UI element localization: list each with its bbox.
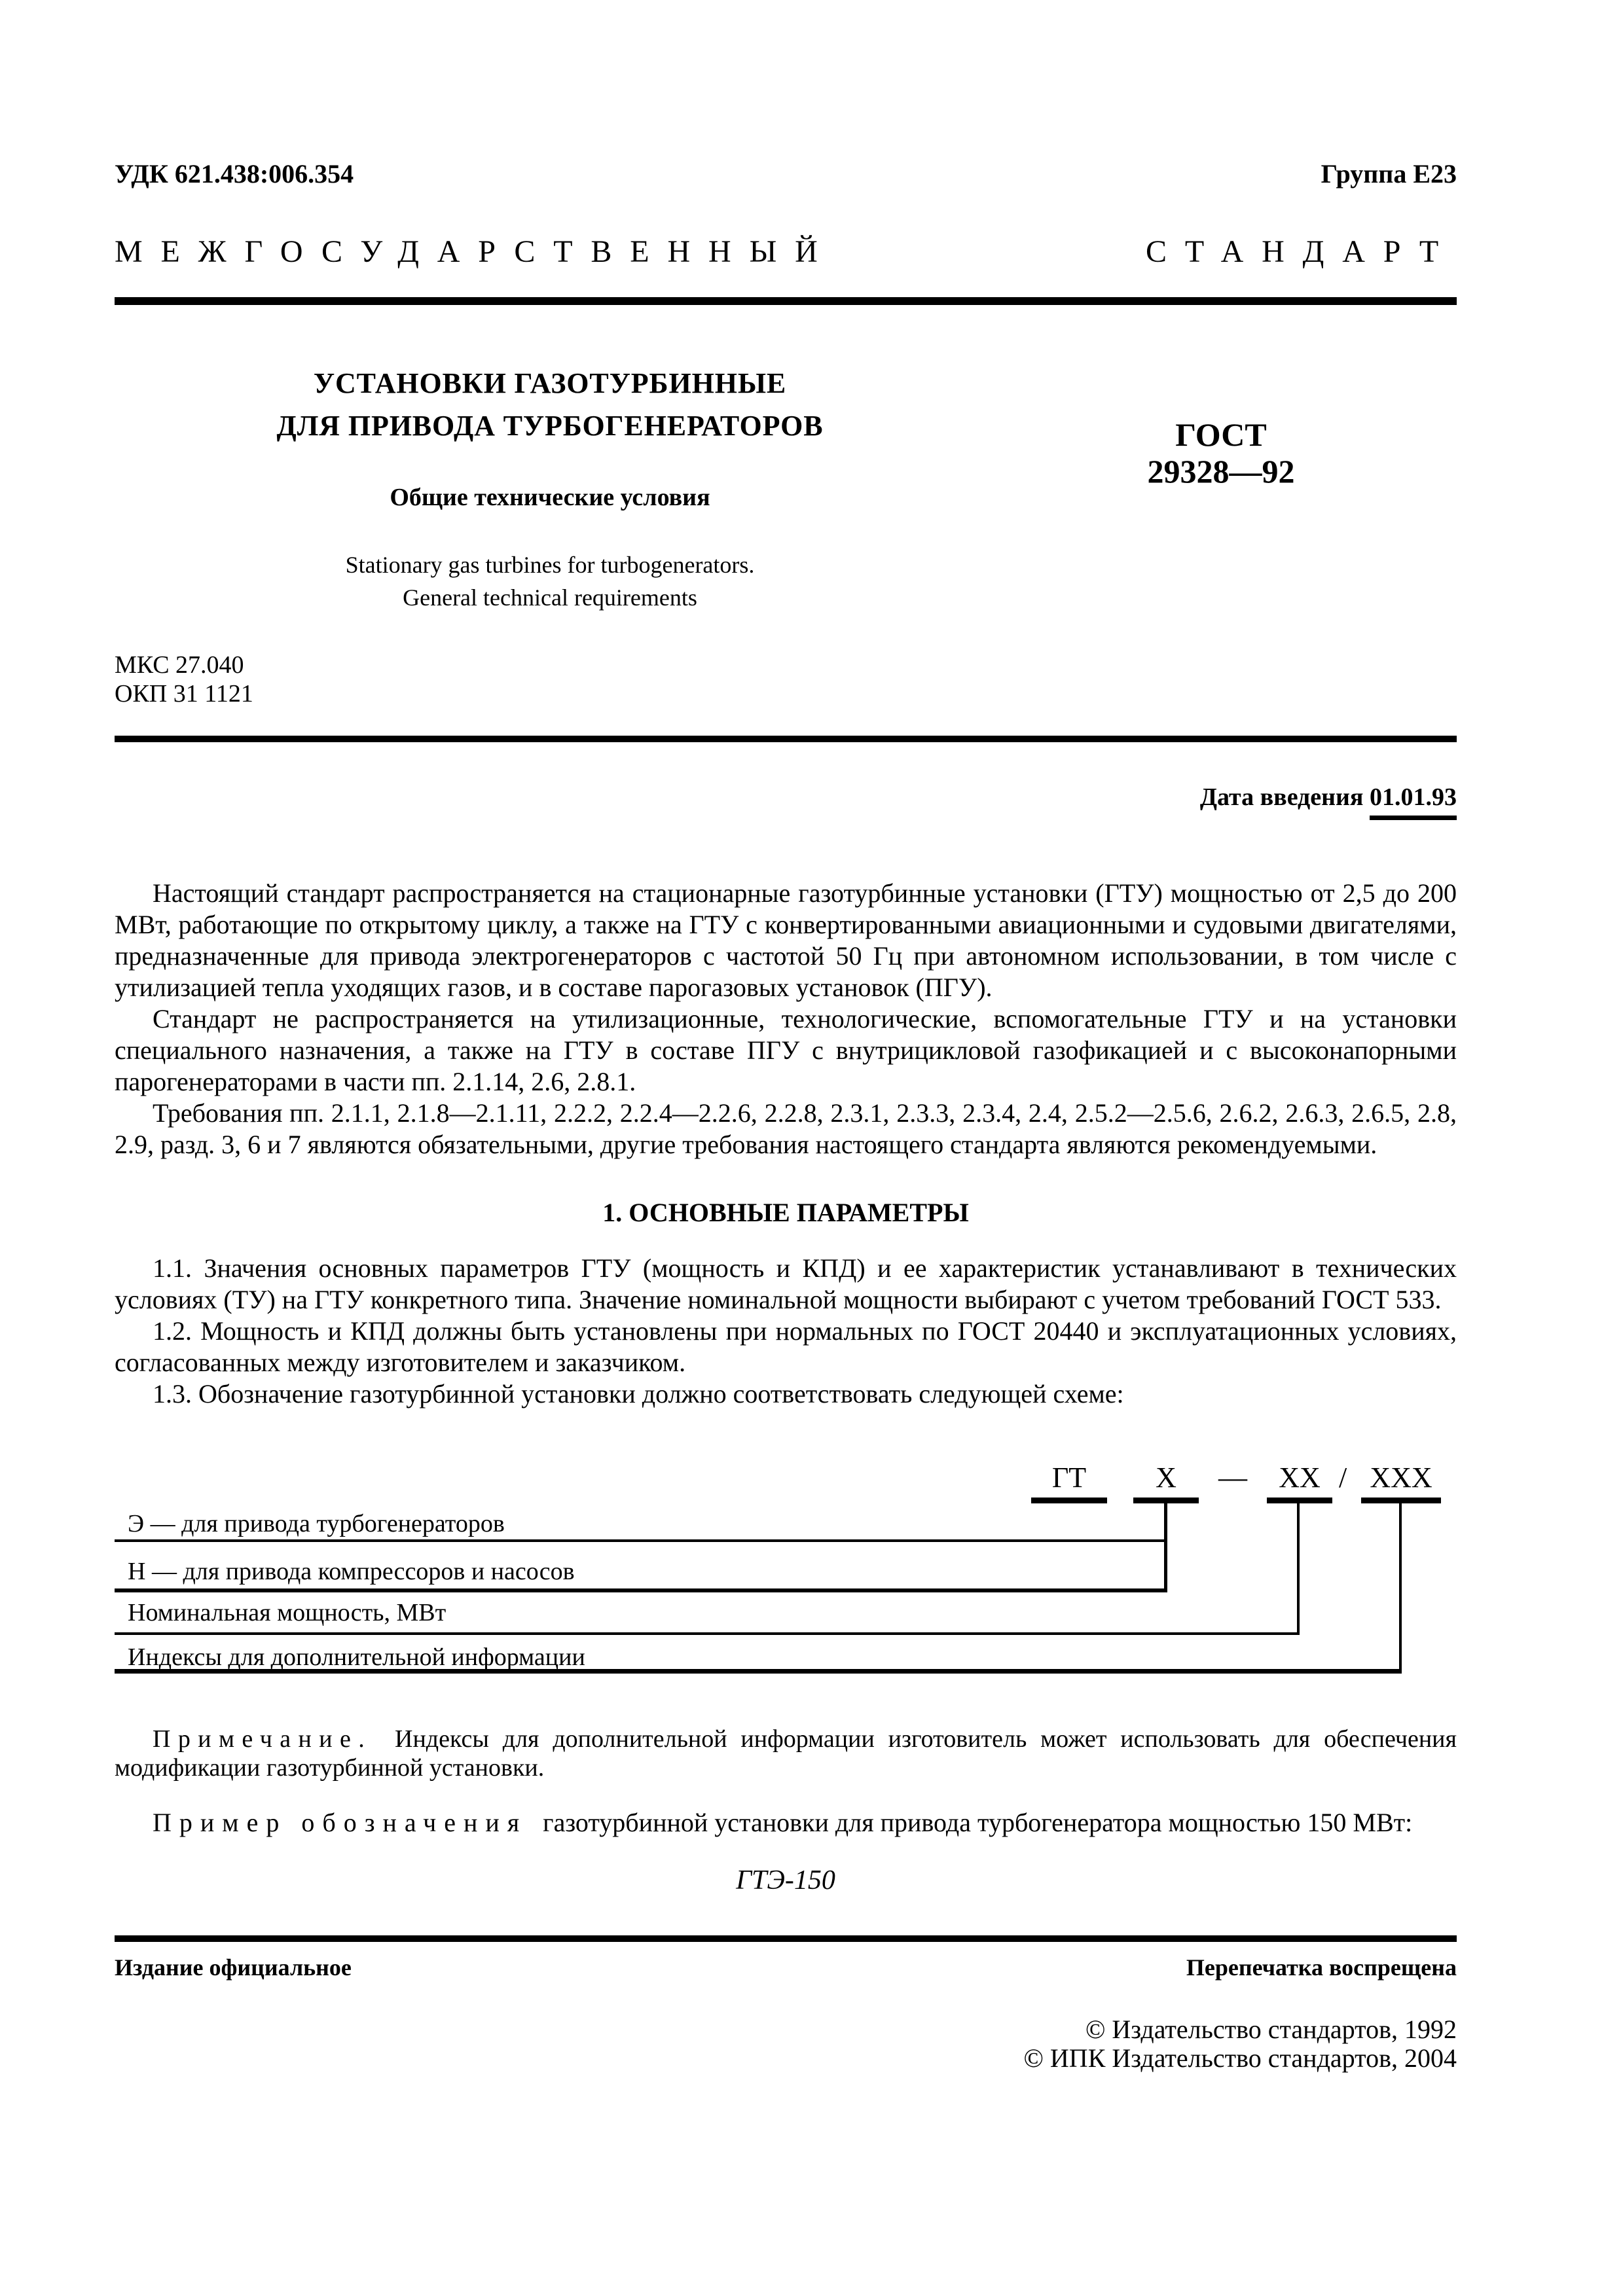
scheme-slash-separator: / — [1339, 1461, 1347, 1495]
codes-divider-bar — [115, 736, 1457, 742]
scheme-dash-separator: — — [1218, 1461, 1247, 1495]
title-line-1: УСТАНОВКИ ГАЗОТУРБИННЫЕ — [115, 367, 985, 400]
title-line-2: ДЛЯ ПРИВОДА ТУРБОГЕНЕРАТОРОВ — [115, 409, 985, 442]
banner-word-2: СТАНДАРТ — [1146, 234, 1457, 270]
standard-type-banner: МЕЖГОСУДАРСТВЕННЫЙ СТАНДАРТ — [115, 234, 1457, 270]
note-paragraph: Примечание. Индексы для дополнительной и… — [115, 1725, 1457, 1782]
copyright-line-2: © ИПК Издательство стандартов, 2004 — [115, 2044, 1457, 2073]
gost-label: ГОСТ — [985, 416, 1457, 453]
intro-paragraph-2: Стандарт не распространяется на утилизац… — [115, 1003, 1457, 1098]
scheme-connector-xx — [1297, 1499, 1300, 1635]
scheme-connector-x — [1164, 1499, 1167, 1592]
group-code: Группа Е23 — [1321, 158, 1457, 189]
header-divider-bar — [115, 297, 1457, 305]
scheme-symbol-gt: ГТ — [1031, 1461, 1107, 1503]
effective-date-value: 01.01.93 — [1370, 783, 1457, 820]
copyright-line-1: © Издательство стандартов, 1992 — [115, 2015, 1457, 2044]
clause-1-3: 1.3. Обозначение газотурбинной установки… — [115, 1378, 1457, 1410]
scheme-row-label-e: Э — для привода турбогенераторов — [128, 1509, 505, 1538]
footer-row: Издание официальное Перепечатка воспреще… — [115, 1954, 1457, 1981]
classification-codes: МКС 27.040 ОКП 31 1121 — [115, 651, 1457, 708]
reprint-prohibited-label: Перепечатка воспрещена — [1186, 1954, 1457, 1981]
copyright-block: © Издательство стандартов, 1992 © ИПК Из… — [115, 2015, 1457, 2073]
title-english-line-1: Stationary gas turbines for turbogenerat… — [115, 548, 985, 581]
title-section: УСТАНОВКИ ГАЗОТУРБИННЫЕ ДЛЯ ПРИВОДА ТУРБ… — [115, 367, 1457, 614]
example-lead: Пример обозначения — [153, 1808, 527, 1837]
okp-code: ОКП 31 1121 — [115, 679, 1457, 708]
scheme-symbol-xxx: ХХХ — [1361, 1461, 1441, 1503]
document-header: УДК 621.438:006.354 Группа Е23 — [115, 158, 1457, 189]
footer-divider-bar — [115, 1935, 1457, 1942]
note-lead: Примечание. — [153, 1725, 372, 1753]
title-english-line-2: General technical requirements — [115, 581, 985, 614]
clause-1-1: 1.1. Значения основных параметров ГТУ (м… — [115, 1253, 1457, 1316]
gost-number: 29328—92 — [985, 453, 1457, 490]
scheme-symbol-x: Х — [1133, 1461, 1199, 1503]
title-english: Stationary gas turbines for turbogenerat… — [115, 548, 985, 614]
intro-paragraph-3: Требования пп. 2.1.1, 2.1.8—2.1.11, 2.2.… — [115, 1098, 1457, 1160]
title-block: УСТАНОВКИ ГАЗОТУРБИННЫЕ ДЛЯ ПРИВОДА ТУРБ… — [115, 367, 985, 614]
scheme-row-line-4 — [115, 1669, 1402, 1674]
clause-1-2: 1.2. Мощность и КПД должны быть установл… — [115, 1316, 1457, 1378]
gost-designation-block: ГОСТ 29328—92 — [985, 416, 1457, 614]
example-text: газотурбинной установки для привода турб… — [543, 1808, 1412, 1837]
scheme-row-label-power: Номинальная мощность, МВт — [128, 1598, 446, 1627]
document-page: УДК 621.438:006.354 Группа Е23 МЕЖГОСУДА… — [0, 0, 1623, 2296]
intro-paragraph-1: Настоящий стандарт распространяется на с… — [115, 878, 1457, 1003]
official-edition-label: Издание официальное — [115, 1954, 352, 1981]
section-1-body: 1.1. Значения основных параметров ГТУ (м… — [115, 1253, 1457, 1410]
introduction-text: Настоящий стандарт распространяется на с… — [115, 878, 1457, 1160]
scheme-symbol-xx: ХХ — [1267, 1461, 1332, 1503]
title-subtitle: Общие технические условия — [115, 483, 985, 512]
example-paragraph: Пример обозначения газотурбинной установ… — [115, 1807, 1457, 1839]
example-designation-value: ГТЭ-150 — [115, 1865, 1457, 1896]
scheme-row-line-2 — [115, 1588, 1167, 1592]
effective-date-label: Дата введения — [1200, 783, 1364, 811]
designation-scheme-diagram: ГТ Х — ХХ / ХХХ Э — для привода турбоген… — [115, 1461, 1457, 1687]
effective-date-line: Дата введения 01.01.93 — [115, 783, 1457, 820]
scheme-row-line-3 — [115, 1632, 1300, 1635]
scheme-row-label-n: Н — для привода компрессоров и насосов — [128, 1557, 575, 1586]
section-1-heading: 1. ОСНОВНЫЕ ПАРАМЕТРЫ — [115, 1197, 1457, 1228]
mks-code: МКС 27.040 — [115, 651, 1457, 679]
scheme-connector-xxx — [1399, 1499, 1402, 1673]
scheme-row-line-1 — [115, 1539, 1167, 1542]
scheme-row-label-indexes: Индексы для дополнительной информации — [128, 1643, 585, 1672]
udk-code: УДК 621.438:006.354 — [115, 158, 354, 189]
banner-word-1: МЕЖГОСУДАРСТВЕННЫЙ — [115, 234, 836, 270]
